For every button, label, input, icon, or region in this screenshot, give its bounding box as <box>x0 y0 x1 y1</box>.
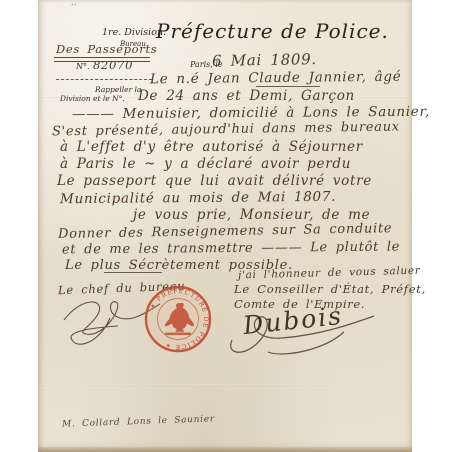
body-line: à L'effet d'y être autorisé à Séjourner <box>60 139 363 155</box>
body-line: je vous prie, Monsieur, de me <box>133 207 370 223</box>
body-line: S'est présenté, aujourd'hui dans mes bur… <box>52 120 400 140</box>
body-line: Donner des Renseignemens sur Sa conduite <box>58 221 392 242</box>
body-line: et de me les transmettre ——— Le plutôt l… <box>62 240 400 258</box>
number-label: N°. <box>76 62 90 71</box>
archivist-annotation: M. Collard Lons le Saunier <box>62 414 215 429</box>
body-line: Municipalité au mois de Mai 1807. <box>60 189 336 207</box>
handwritten-date: 6 Mai 1809. <box>212 50 317 70</box>
recall-note-line1: Rappeller la <box>95 85 141 94</box>
paper-bottom-edge <box>38 447 412 452</box>
dashed-rule <box>56 79 152 80</box>
recall-note-line2: Division et le N°. <box>60 94 125 103</box>
imperial-eagle-seal: ✶ PRÉFECTURE DE POLICE ✶ <box>143 284 213 354</box>
bureau-value: Des Passeports <box>56 42 157 56</box>
screenshot-root: { "colors": { "paper": "#ece6d7", "ink":… <box>0 0 452 452</box>
body-line: Le n.é Jean Claude Jannier, âgé <box>150 69 402 88</box>
document-paper: ‘‘ 1re. Division. Bureau. Des Passeports… <box>38 0 412 452</box>
body-line: De 24 ans et Demi, Garçon <box>138 88 355 104</box>
secret-underline <box>104 272 162 273</box>
signer-title-line1: Le Conseiller d'État, Préfet, <box>234 282 426 296</box>
body-line: à Paris le ~ y a déclaré avoir perdu <box>60 156 351 172</box>
paper-crease <box>38 384 412 386</box>
name-underline <box>256 86 320 87</box>
document-title: Préfecture de Police. <box>156 19 389 43</box>
body-line: Le passeport que lui avait délivré votre <box>57 173 372 189</box>
corner-pencil-mark: ‘‘ <box>71 3 77 11</box>
number-value: 82070 <box>93 58 133 72</box>
